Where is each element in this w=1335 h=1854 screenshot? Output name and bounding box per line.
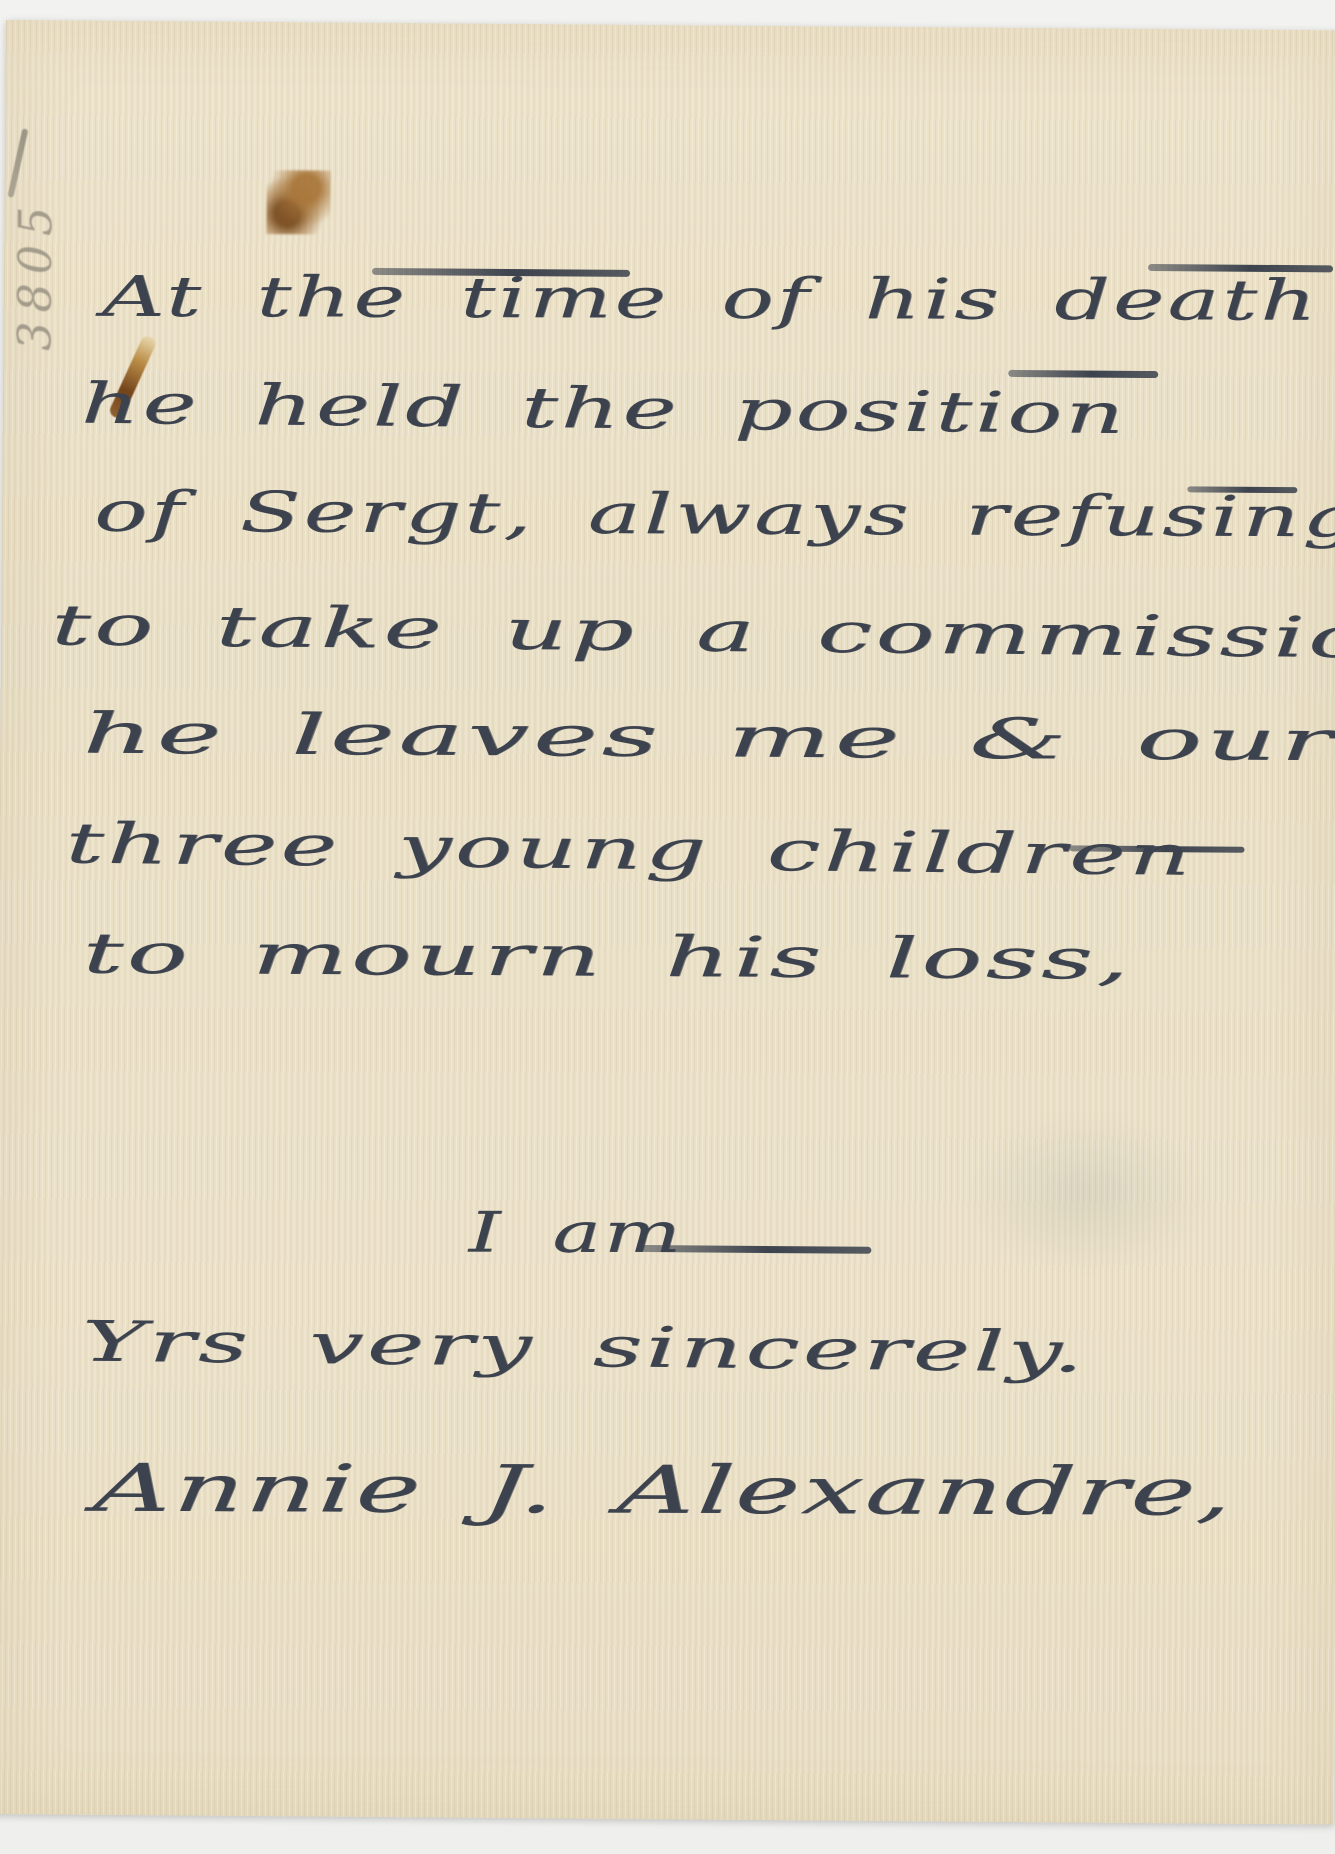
- handwriting-line: three young children: [65, 812, 1194, 889]
- handwriting-line: to mourn his loss,: [83, 923, 1132, 994]
- ink-flourish: [1148, 264, 1333, 272]
- scan-background: 3805 At the time of his death he held th…: [0, 0, 1335, 1854]
- handwriting-line: At the time of his death: [102, 266, 1320, 334]
- archival-number-pencil: 3805: [7, 169, 69, 379]
- ink-showthrough-smudge: [916, 1082, 1258, 1305]
- ink-flourish: [1187, 486, 1297, 493]
- closing-line-yrs-sincerely: Yrs very sincerely.: [81, 1311, 1087, 1386]
- handwriting-line: to take up a commission: [51, 594, 1335, 672]
- letter-paper: 3805 At the time of his death he held th…: [0, 20, 1335, 1824]
- closing-line-i-am: I am: [468, 1202, 684, 1267]
- stain-mark-top: [266, 170, 331, 235]
- ink-flourish: [1008, 370, 1158, 378]
- handwriting-line: of Sergt, always refusing: [94, 481, 1335, 551]
- handwriting-line: he leaves me & our: [82, 703, 1335, 775]
- handwriting-line: he held the position: [81, 373, 1128, 448]
- signature: Annie J. Alexandre,: [90, 1451, 1239, 1531]
